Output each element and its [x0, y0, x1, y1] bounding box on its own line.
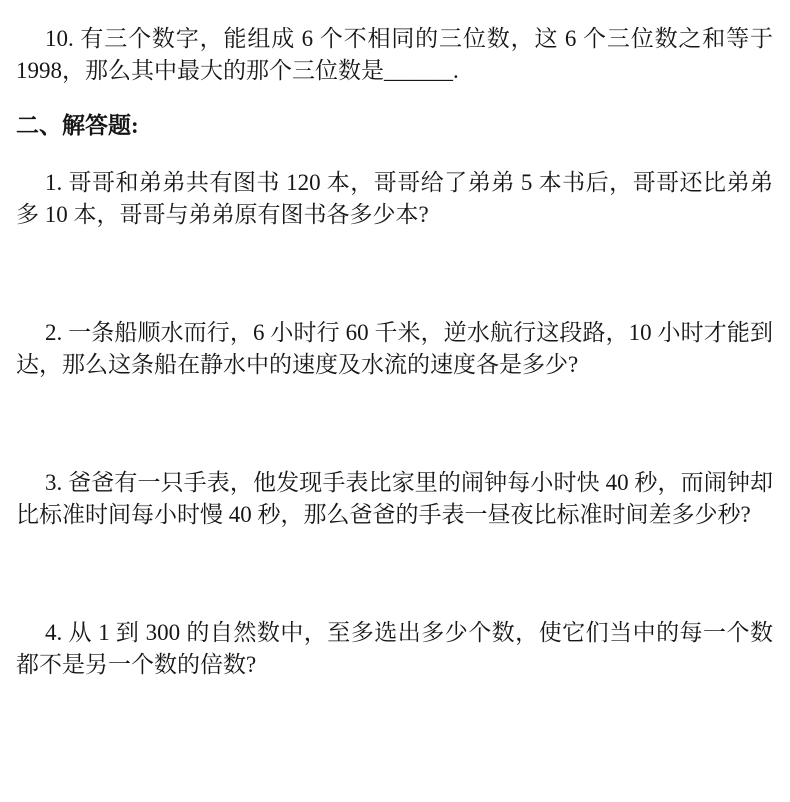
section-heading: 二、解答题:: [16, 110, 773, 142]
problem-2-text: 2. 一条船顺水而行，6 小时行 60 千米，逆水航行这段路，10 小时才能到达…: [16, 317, 773, 381]
problem-4-text: 4. 从 1 到 300 的自然数中，至多选出多少个数，使它们当中的每一个数都不…: [16, 617, 773, 681]
question-10-text: 10. 有三个数字，能组成 6 个不相同的三位数，这 6 个三位数之和等于 19…: [16, 23, 773, 87]
problem-1-text: 1. 哥哥和弟弟共有图书 120 本，哥哥给了弟弟 5 本书后，哥哥还比弟弟多 …: [16, 167, 773, 231]
worksheet-page: 10. 有三个数字，能组成 6 个不相同的三位数，这 6 个三位数之和等于 19…: [0, 0, 790, 802]
problem-3-text: 3. 爸爸有一只手表，他发现手表比家里的闹钟每小时快 40 秒，而闹钟却比标准时…: [16, 467, 773, 531]
